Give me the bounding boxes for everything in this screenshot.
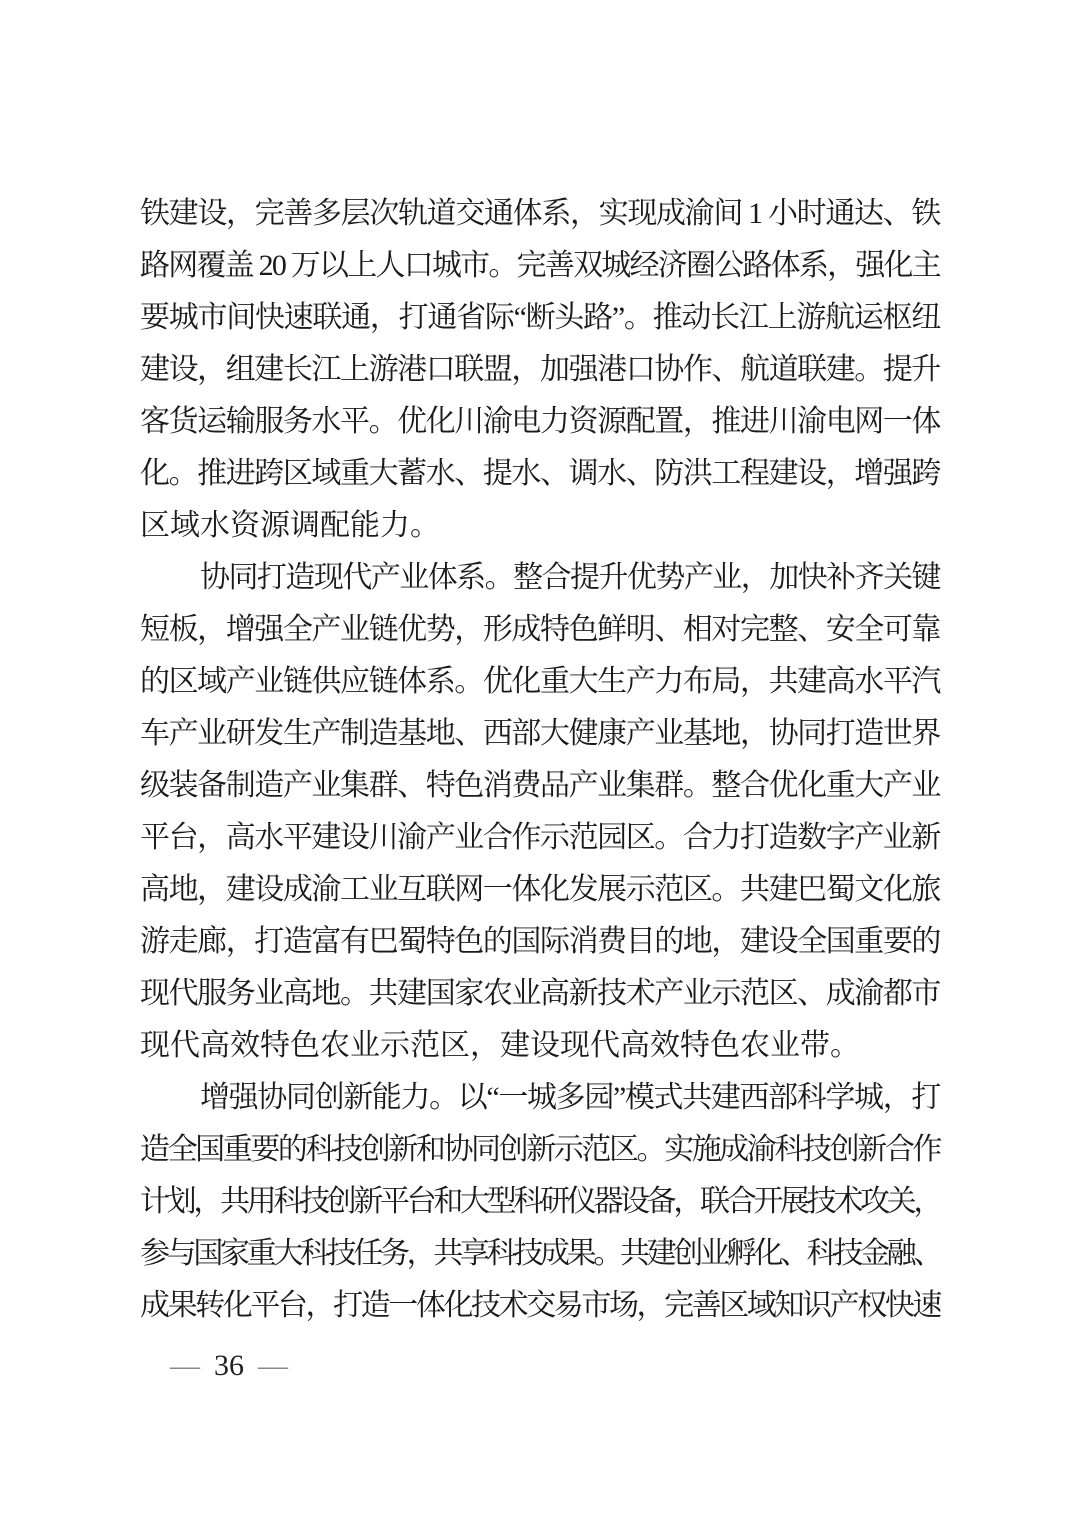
text-line-content: 平台，高水平建设川渝产业合作示范园区。合力打造数字产业新 bbox=[140, 812, 940, 864]
text-line-content: 要城市间快速联通，打通省际“断头路”。推动长江上游航运枢纽 bbox=[140, 292, 940, 344]
text-line-content: 短板，增强全产业链优势，形成特色鲜明、相对完整、安全可靠 bbox=[140, 604, 940, 656]
text-line: 造全国重要的科技创新和协同创新示范区。实施成渝科技创新合作 bbox=[140, 1124, 940, 1176]
text-line-content: 车产业研发生产制造基地、西部大健康产业基地，协同打造世界 bbox=[140, 708, 940, 760]
text-line-content: 成果转化平台，打造一体化技术交易市场，完善区域知识产权快速 bbox=[140, 1280, 940, 1332]
text-line: 增强协同创新能力。以“一城多园”模式共建西部科学城，打 bbox=[140, 1072, 940, 1124]
text-line-content: 铁建设，完善多层次轨道交通体系，实现成渝间 1 小时通达、铁 bbox=[140, 188, 940, 240]
text-line-content: 化。推进跨区域重大蓄水、提水、调水、防洪工程建设，增强跨 bbox=[140, 448, 940, 500]
page-number-dash-right: — bbox=[258, 1349, 288, 1382]
text-line: 客货运输服务水平。优化川渝电力资源配置，推进川渝电网一体 bbox=[140, 396, 940, 448]
text-line-content: 高地，建设成渝工业互联网一体化发展示范区。共建巴蜀文化旅 bbox=[140, 864, 940, 916]
text-line: 铁建设，完善多层次轨道交通体系，实现成渝间 1 小时通达、铁 bbox=[140, 188, 940, 240]
text-line: 参与国家重大科技任务，共享科技成果。共建创业孵化、科技金融、 bbox=[140, 1228, 940, 1280]
text-line: 成果转化平台，打造一体化技术交易市场，完善区域知识产权快速 bbox=[140, 1280, 940, 1332]
text-line: 短板，增强全产业链优势，形成特色鲜明、相对完整、安全可靠 bbox=[140, 604, 940, 656]
text-line-content: 协同打造现代产业体系。整合提升优势产业，加快补齐关键 bbox=[200, 552, 940, 604]
text-line-content: 参与国家重大科技任务，共享科技成果。共建创业孵化、科技金融、 bbox=[140, 1228, 940, 1280]
document-page: 铁建设，完善多层次轨道交通体系，实现成渝间 1 小时通达、铁路网覆盖 20 万以… bbox=[0, 0, 1074, 1520]
text-line: 路网覆盖 20 万以上人口城市。完善双城经济圈公路体系，强化主 bbox=[140, 240, 940, 292]
text-line: 建设，组建长江上游港口联盟，加强港口协作、航道联建。提升 bbox=[140, 344, 940, 396]
text-line: 的区域产业链供应链体系。优化重大生产力布局，共建高水平汽 bbox=[140, 656, 940, 708]
text-line: 平台，高水平建设川渝产业合作示范园区。合力打造数字产业新 bbox=[140, 812, 940, 864]
text-line-content: 客货运输服务水平。优化川渝电力资源配置，推进川渝电网一体 bbox=[140, 396, 940, 448]
page-number-value: 36 bbox=[214, 1349, 244, 1382]
text-line: 高地，建设成渝工业互联网一体化发展示范区。共建巴蜀文化旅 bbox=[140, 864, 940, 916]
page-number-dash-left: — bbox=[170, 1349, 200, 1382]
text-line-content: 增强协同创新能力。以“一城多园”模式共建西部科学城，打 bbox=[200, 1072, 940, 1124]
text-line: 协同打造现代产业体系。整合提升优势产业，加快补齐关键 bbox=[140, 552, 940, 604]
text-line-content: 级装备制造产业集群、特色消费品产业集群。整合优化重大产业 bbox=[140, 760, 940, 812]
text-line-content: 计划，共用科技创新平台和大型科研仪器设备，联合开展技术攻关， bbox=[140, 1176, 940, 1228]
text-line: 区域水资源调配能力。 bbox=[140, 500, 940, 552]
text-line-content: 现代高效特色农业示范区，建设现代高效特色农业带。 bbox=[140, 1020, 860, 1072]
text-line: 要城市间快速联通，打通省际“断头路”。推动长江上游航运枢纽 bbox=[140, 292, 940, 344]
text-line: 现代服务业高地。共建国家农业高新技术产业示范区、成渝都市 bbox=[140, 968, 940, 1020]
text-line: 级装备制造产业集群、特色消费品产业集群。整合优化重大产业 bbox=[140, 760, 940, 812]
text-line-content: 造全国重要的科技创新和协同创新示范区。实施成渝科技创新合作 bbox=[140, 1124, 940, 1176]
text-line-content: 的区域产业链供应链体系。优化重大生产力布局，共建高水平汽 bbox=[140, 656, 940, 708]
text-line: 游走廊，打造富有巴蜀特色的国际消费目的地，建设全国重要的 bbox=[140, 916, 940, 968]
text-line: 现代高效特色农业示范区，建设现代高效特色农业带。 bbox=[140, 1020, 940, 1072]
text-line: 化。推进跨区域重大蓄水、提水、调水、防洪工程建设，增强跨 bbox=[140, 448, 940, 500]
text-line-content: 游走廊，打造富有巴蜀特色的国际消费目的地，建设全国重要的 bbox=[140, 916, 940, 968]
text-line: 车产业研发生产制造基地、西部大健康产业基地，协同打造世界 bbox=[140, 708, 940, 760]
page-number: —36— bbox=[170, 1344, 288, 1388]
text-line-content: 路网覆盖 20 万以上人口城市。完善双城经济圈公路体系，强化主 bbox=[140, 240, 940, 292]
text-line-content: 建设，组建长江上游港口联盟，加强港口协作、航道联建。提升 bbox=[140, 344, 940, 396]
text-block: 铁建设，完善多层次轨道交通体系，实现成渝间 1 小时通达、铁路网覆盖 20 万以… bbox=[140, 188, 940, 1332]
text-line: 计划，共用科技创新平台和大型科研仪器设备，联合开展技术攻关， bbox=[140, 1176, 940, 1228]
text-line-content: 区域水资源调配能力。 bbox=[140, 500, 440, 552]
text-line-content: 现代服务业高地。共建国家农业高新技术产业示范区、成渝都市 bbox=[140, 968, 940, 1020]
